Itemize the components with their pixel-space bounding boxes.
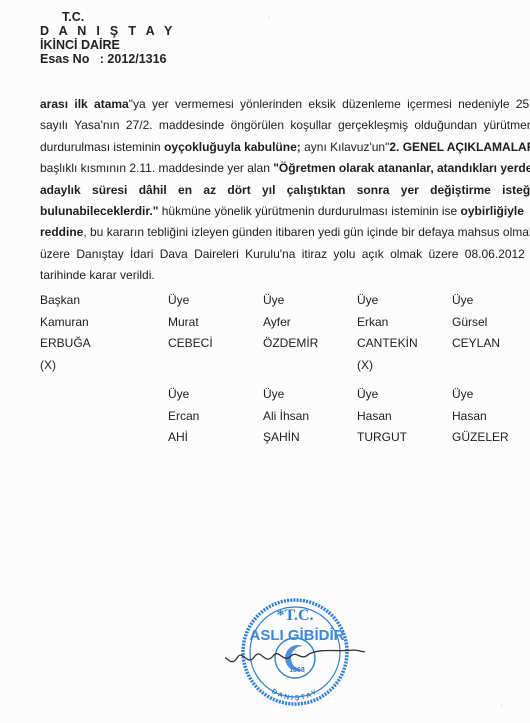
text-line: adaylık süresi dâhil en az dört yıl çalı… xyxy=(40,180,530,201)
court-name: D A N I Ş T A Y xyxy=(40,24,176,38)
bold-text: "Öğretmen olarak atananlar, atandıkları … xyxy=(273,161,530,175)
signatory-last-name: CEYLAN xyxy=(452,333,500,355)
bold-text: oybirliğiyle xyxy=(461,204,524,218)
document-header: T.C. D A N I Ş T A Y İKİNCİ DAİRE Esas N… xyxy=(40,10,176,66)
signatory-last-name: CEBECİ xyxy=(168,333,213,355)
signatory-title: Üye xyxy=(452,290,500,312)
signatory-last-name: CANTEKİN xyxy=(357,333,418,355)
signatory-first-name: Ayfer xyxy=(263,312,318,334)
signatory-first-name: Hasan xyxy=(357,406,407,428)
tc-label: T.C. xyxy=(40,10,176,24)
case-label: Esas No xyxy=(40,52,89,66)
signatory-first-name: Ali İhsan xyxy=(263,406,309,428)
signatory: Başkan Kamuran ERBUĞA (X) xyxy=(40,290,91,376)
signatory-last-name: ŞAHİN xyxy=(263,427,309,449)
bold-text: 2. GENEL AÇIKLAMALAR" xyxy=(389,140,530,154)
bold-text: bulunabileceklerdir." xyxy=(40,204,158,218)
case-number: 2012/1316 xyxy=(107,52,166,66)
signatory-first-name: Murat xyxy=(168,312,213,334)
chamber-name: İKİNCİ DAİRE xyxy=(40,38,176,52)
svg-text:*T.C.: *T.C. xyxy=(276,607,313,624)
signatory-title: Üye xyxy=(357,290,418,312)
text-line: bulunabileceklerdir." hükmüne yönelik yü… xyxy=(40,201,530,222)
svg-text:ASLI GİBİDİR: ASLI GİBİDİR xyxy=(249,627,344,644)
bold-text: arası ilk atama xyxy=(40,97,129,111)
bold-text: adaylık süresi dâhil en az dört yıl çalı… xyxy=(40,183,530,197)
text: hükmüne yönelik yürütmenin durdurulması … xyxy=(158,204,460,218)
signatory: Üye Murat CEBECİ xyxy=(168,290,213,355)
signatory-title: Üye xyxy=(263,290,318,312)
text: başlıklı kısmının 2.11. maddesinde yer a… xyxy=(40,161,273,175)
signatory-last-name: ERBUĞA xyxy=(40,333,91,355)
decision-text: arası ilk atama"ya yer vermemesi yönleri… xyxy=(40,94,530,287)
dissent-mark: (X) xyxy=(357,355,418,377)
signatory-title: Üye xyxy=(168,290,213,312)
official-stamp-icon: *T.C. ASLI GİBİDİR 1868 DANIŞTAY xyxy=(225,590,365,710)
signatory-last-name: ÖZDEMİR xyxy=(263,333,318,355)
bold-text: oyçokluğuyla kabulüne; xyxy=(164,140,301,154)
scan-speck: · xyxy=(267,12,270,23)
signatory: Üye Erkan CANTEKİN (X) xyxy=(357,290,418,376)
signatory-first-name: Hasan xyxy=(452,406,509,428)
signatory: Üye Hasan TURGUT xyxy=(357,384,407,449)
signatory: Üye Ali İhsan ŞAHİN xyxy=(263,384,309,449)
text: "ya yer vermemesi yönlerinden eksik düze… xyxy=(129,97,530,111)
text-line: reddine, bu kararın tebliğini izleyen gü… xyxy=(40,222,530,243)
signatory-title: Üye xyxy=(168,384,199,406)
scan-speck: · xyxy=(500,700,503,711)
signatory-last-name: TURGUT xyxy=(357,427,407,449)
signatory-title: Üye xyxy=(357,384,407,406)
signatory-first-name: Erkan xyxy=(357,312,418,334)
signatory-first-name: Gürsel xyxy=(452,312,500,334)
text: durdurulması isteminin xyxy=(40,140,164,154)
case-number-line: Esas No : 2012/1316 xyxy=(40,52,176,66)
signatory-first-name: Ercan xyxy=(168,406,199,428)
signatory: Üye Ayfer ÖZDEMİR xyxy=(263,290,318,355)
signatory: Üye Hasan GÜZELER xyxy=(452,384,509,449)
case-separator: : xyxy=(100,52,104,66)
signatory-last-name: GÜZELER xyxy=(452,427,509,449)
text-line: arası ilk atama"ya yer vermemesi yönleri… xyxy=(40,94,530,115)
text-line: tarihinde karar verildi. xyxy=(40,265,530,286)
signatory-title: Başkan xyxy=(40,290,91,312)
dissent-mark: (X) xyxy=(40,355,91,377)
signatory: Üye Gürsel CEYLAN xyxy=(452,290,500,355)
text-line: üzere Danıştay İdari Dava Daireleri Kuru… xyxy=(40,244,530,265)
text: , bu kararın tebliğini izleyen günden it… xyxy=(83,225,530,239)
text-line: sayılı Yasa'nın 27/2. maddesinde öngörül… xyxy=(40,115,530,136)
bold-text: reddine xyxy=(40,225,83,239)
text-line: durdurulması isteminin oyçokluğuyla kabu… xyxy=(40,137,530,158)
signatory: Üye Ercan AHİ xyxy=(168,384,199,449)
text-line: başlıklı kısmının 2.11. maddesinde yer a… xyxy=(40,158,530,179)
signatory-title: Üye xyxy=(452,384,509,406)
text: aynı Kılavuz'un" xyxy=(301,140,390,154)
signature-stroke xyxy=(225,650,365,665)
signatory-first-name: Kamuran xyxy=(40,312,91,334)
svg-text:1868: 1868 xyxy=(289,667,305,674)
signatory-last-name: AHİ xyxy=(168,427,199,449)
signatory-title: Üye xyxy=(263,384,309,406)
